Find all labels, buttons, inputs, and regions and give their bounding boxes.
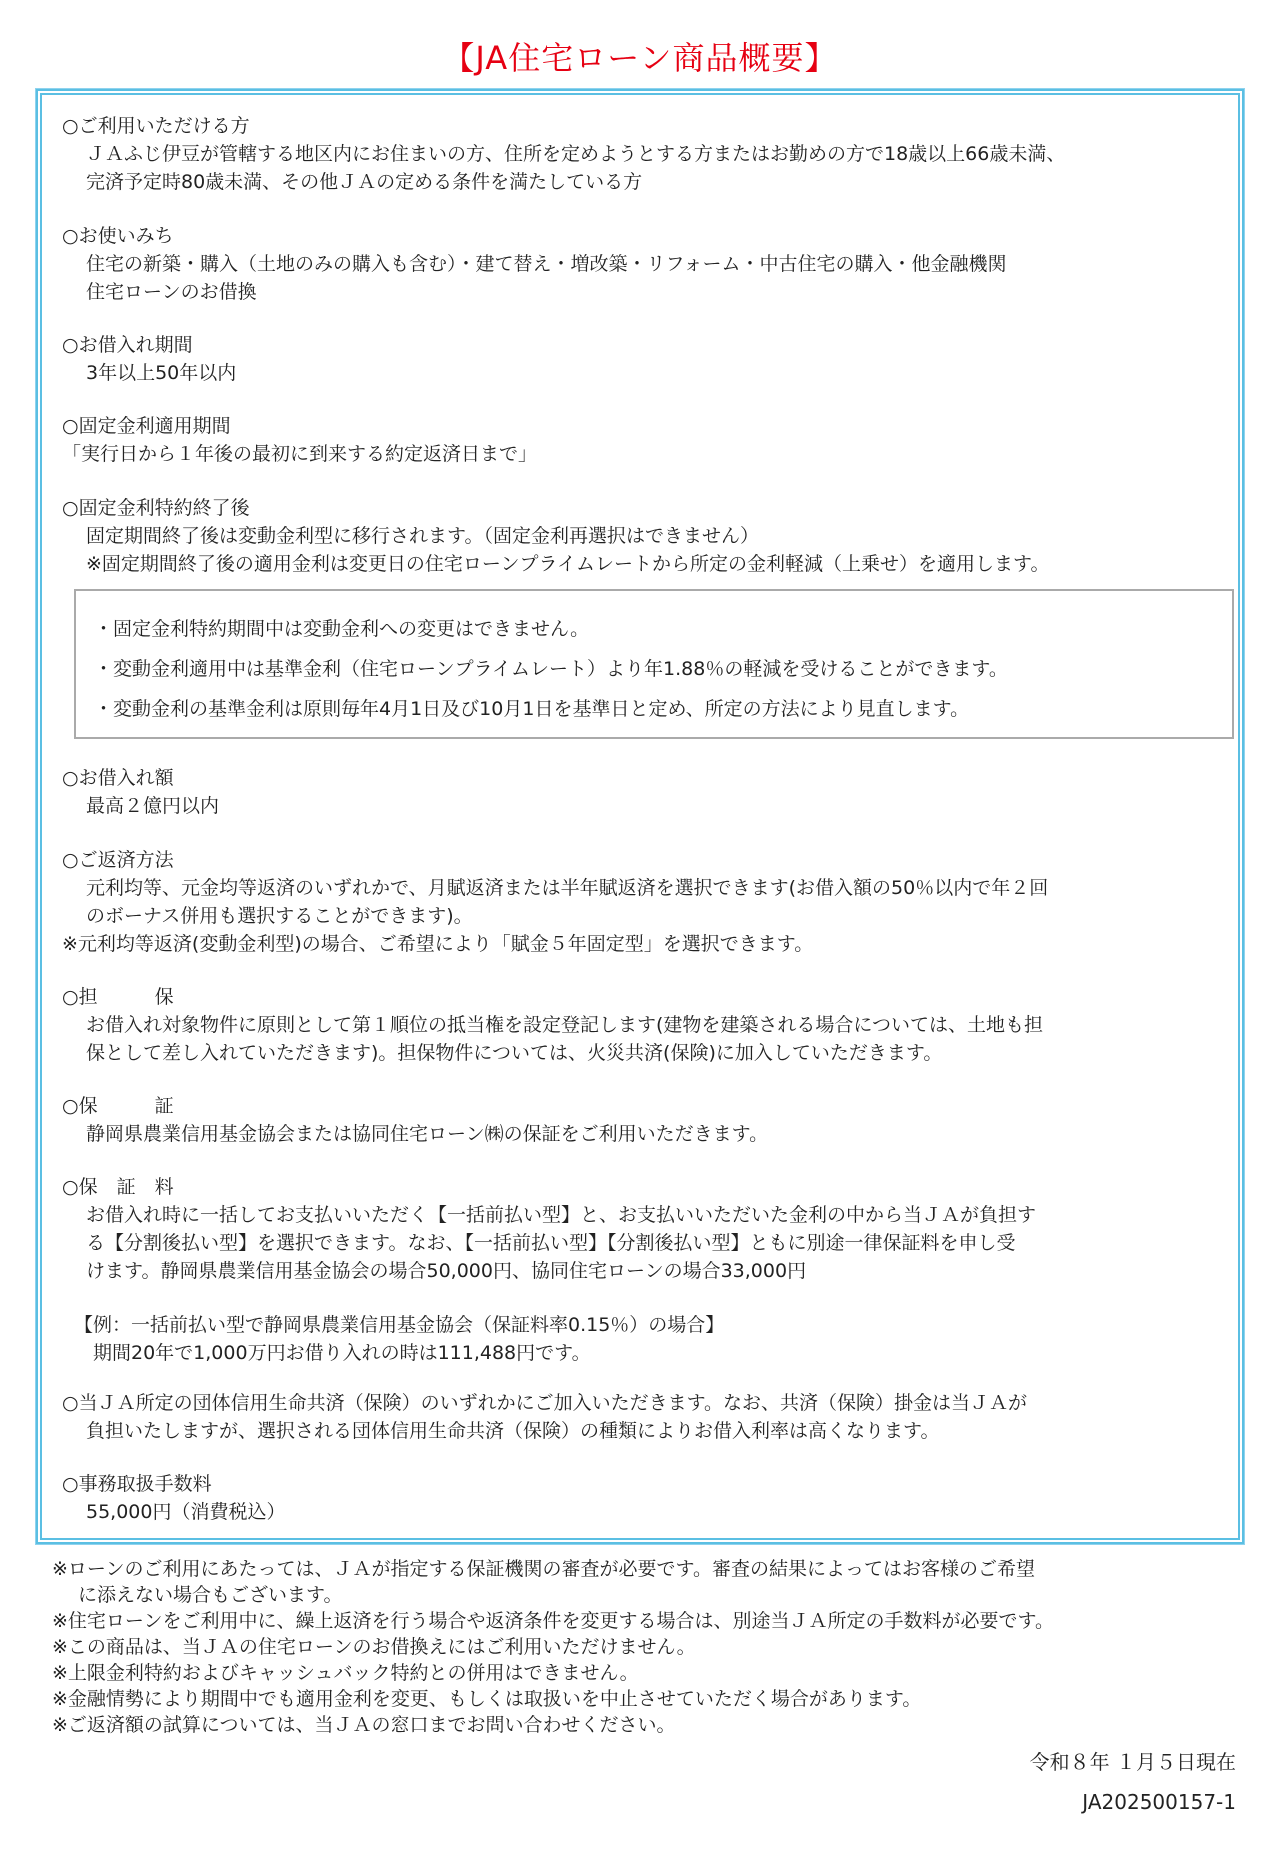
section-heading: ○お借入れ期間 <box>62 331 1242 359</box>
section-heading: ○ご利用いただける方 <box>62 112 1242 140</box>
section-text: 55,000円（消費税込） <box>62 1498 1242 1526</box>
section-note: ※元利均等返済(変動金利型)の場合、ご希望により「賦金５年固定型」を選択できます… <box>62 930 1242 958</box>
section-text: 住宅の新築・購入（土地のみの購入も含む）・建て替え・増改築・リフォーム・中古住宅… <box>62 250 1242 278</box>
section-text: 「実行日から１年後の最初に到来する約定返済日まで」 <box>62 440 1242 468</box>
section-heading: ○担 保 <box>62 983 1242 1011</box>
example-text: 【例：一括前払い型で静岡県農業信用基金協会（保証料率0.15％）の場合】 <box>62 1311 1242 1339</box>
section-heading: ○保 証 <box>62 1092 1242 1120</box>
section-text: 固定期間終了後は変動金利型に移行されます。（固定金利再選択はできません） <box>62 522 1242 550</box>
section-text: けます。静岡県農業信用基金協会の場合50,000円、協同住宅ローンの場合33,0… <box>62 1257 1242 1285</box>
section-heading: ○ご返済方法 <box>62 846 1242 874</box>
section-fixed-period: ○固定金利適用期間 「実行日から１年後の最初に到来する約定返済日まで」 <box>62 412 1242 468</box>
section-insurance: ○当ＪＡ所定の団体信用生命共済（保険）のいずれかにご加入いただきます。なお、共済… <box>62 1389 1242 1445</box>
section-heading: ○固定金利特約終了後 <box>62 494 1242 522</box>
section-guarantee-fee: ○保 証 料 お借入れ時に一括してお支払いいただく【一括前払い型】と、お支払いい… <box>62 1173 1242 1367</box>
section-text: 完済予定時80歳未満、その他ＪＡの定める条件を満たしている方 <box>62 168 1242 196</box>
footnote: ※金融情勢により期間中でも適用金利を変更、もしくは取扱いを中止させていただく場合… <box>52 1686 1252 1712</box>
section-heading: ○保 証 料 <box>62 1173 1242 1201</box>
section-text: 静岡県農業信用基金協会または協同住宅ローン㈱の保証をご利用いただきます。 <box>62 1120 1242 1148</box>
page-title: 【JA住宅ローン商品概要】 <box>0 36 1280 80</box>
section-guarantee: ○保 証 静岡県農業信用基金協会または協同住宅ローン㈱の保証をご利用いただきます… <box>62 1092 1242 1148</box>
section-heading: ○固定金利適用期間 <box>62 412 1242 440</box>
section-repayment: ○ご返済方法 元利均等、元金均等返済のいずれかで、月賦返済または半年賦返済を選択… <box>62 846 1242 958</box>
footnote: ※上限金利特約およびキャッシュバック特約との併用はできません。 <box>52 1660 1252 1686</box>
section-term: ○お借入れ期間 3年以上50年以内 <box>62 331 1242 387</box>
section-text: お借入れ時に一括してお支払いいただく【一括前払い型】と、お支払いいただいた金利の… <box>62 1201 1242 1229</box>
footnote: ※ご返済額の試算については、当ＪＡの窓口までお問い合わせください。 <box>52 1712 1252 1738</box>
footnotes: ※ローンのご利用にあたっては、ＪＡが指定する保証機関の審査が必要です。審査の結果… <box>52 1556 1252 1738</box>
section-text: のボーナス併用も選択することができます)。 <box>62 902 1242 930</box>
section-text: 住宅ローンのお借換 <box>62 278 1242 306</box>
section-text: ＪＡふじ伊豆が管轄する地区内にお住まいの方、住所を定めようとする方またはお勤めの… <box>62 140 1242 168</box>
note-item: ・固定金利特約期間中は変動金利への変更はできません。 <box>94 609 1232 649</box>
section-heading: ○お借入れ額 <box>62 764 1242 792</box>
section-note: ※固定期間終了後の適用金利は変更日の住宅ローンプライムレートから所定の金利軽減（… <box>62 550 1242 578</box>
section-text: 保として差し入れていただきます)。担保物件については、火災共済(保険)に加入して… <box>62 1039 1242 1067</box>
section-text: 元利均等、元金均等返済のいずれかで、月賦返済または半年賦返済を選択できます(お借… <box>62 874 1242 902</box>
section-admin-fee: ○事務取扱手数料 55,000円（消費税込） <box>62 1470 1242 1526</box>
section-text: 負担いたしますが、選択される団体信用生命共済（保険）の種類によりお借入利率は高く… <box>62 1417 1242 1445</box>
section-text: 3年以上50年以内 <box>62 359 1242 387</box>
variable-rate-note-box: ・固定金利特約期間中は変動金利への変更はできません。 ・変動金利適用中は基準金利… <box>74 589 1234 739</box>
section-after-fixed: ○固定金利特約終了後 固定期間終了後は変動金利型に移行されます。（固定金利再選択… <box>62 494 1242 578</box>
as-of-date: 令和８年 １月５日現在 <box>1030 1748 1236 1776</box>
note-item: ・変動金利の基準金利は原則毎年4月1日及び10月1日を基準日と定め、所定の方法に… <box>94 689 1232 729</box>
section-heading: ○お使いみち <box>62 222 1242 250</box>
section-eligibility: ○ご利用いただける方 ＪＡふじ伊豆が管轄する地区内にお住まいの方、住所を定めよう… <box>62 112 1242 196</box>
footnote: ※ローンのご利用にあたっては、ＪＡが指定する保証機関の審査が必要です。審査の結果… <box>52 1556 1252 1582</box>
footnote: に添えない場合もございます。 <box>52 1582 1252 1608</box>
section-usage: ○お使いみち 住宅の新築・購入（土地のみの購入も含む）・建て替え・増改築・リフォ… <box>62 222 1242 306</box>
section-heading: ○当ＪＡ所定の団体信用生命共済（保険）のいずれかにご加入いただきます。なお、共済… <box>62 1389 1242 1417</box>
example-text: 期間20年で1,000万円お借り入れの時は111,488円です。 <box>62 1339 1242 1367</box>
section-collateral: ○担 保 お借入れ対象物件に原則として第１順位の抵当権を設定登記します(建物を建… <box>62 983 1242 1067</box>
footnote: ※この商品は、当ＪＡの住宅ローンのお借換えにはご利用いただけません。 <box>52 1634 1252 1660</box>
note-item: ・変動金利適用中は基準金利（住宅ローンプライムレート）より年1.88％の軽減を受… <box>94 649 1232 689</box>
section-text: 最高２億円以内 <box>62 792 1242 820</box>
section-amount: ○お借入れ額 最高２億円以内 <box>62 764 1242 820</box>
footnote: ※住宅ローンをご利用中に、繰上返済を行う場合や返済条件を変更する場合は、別途当Ｊ… <box>52 1608 1252 1634</box>
document-id: JA202500157-1 <box>1082 1788 1236 1816</box>
section-heading: ○事務取扱手数料 <box>62 1470 1242 1498</box>
section-text: る【分割後払い型】を選択できます。なお、【一括前払い型】【分割後払い型】ともに別… <box>62 1229 1242 1257</box>
section-text: お借入れ対象物件に原則として第１順位の抵当権を設定登記します(建物を建築される場… <box>62 1011 1242 1039</box>
